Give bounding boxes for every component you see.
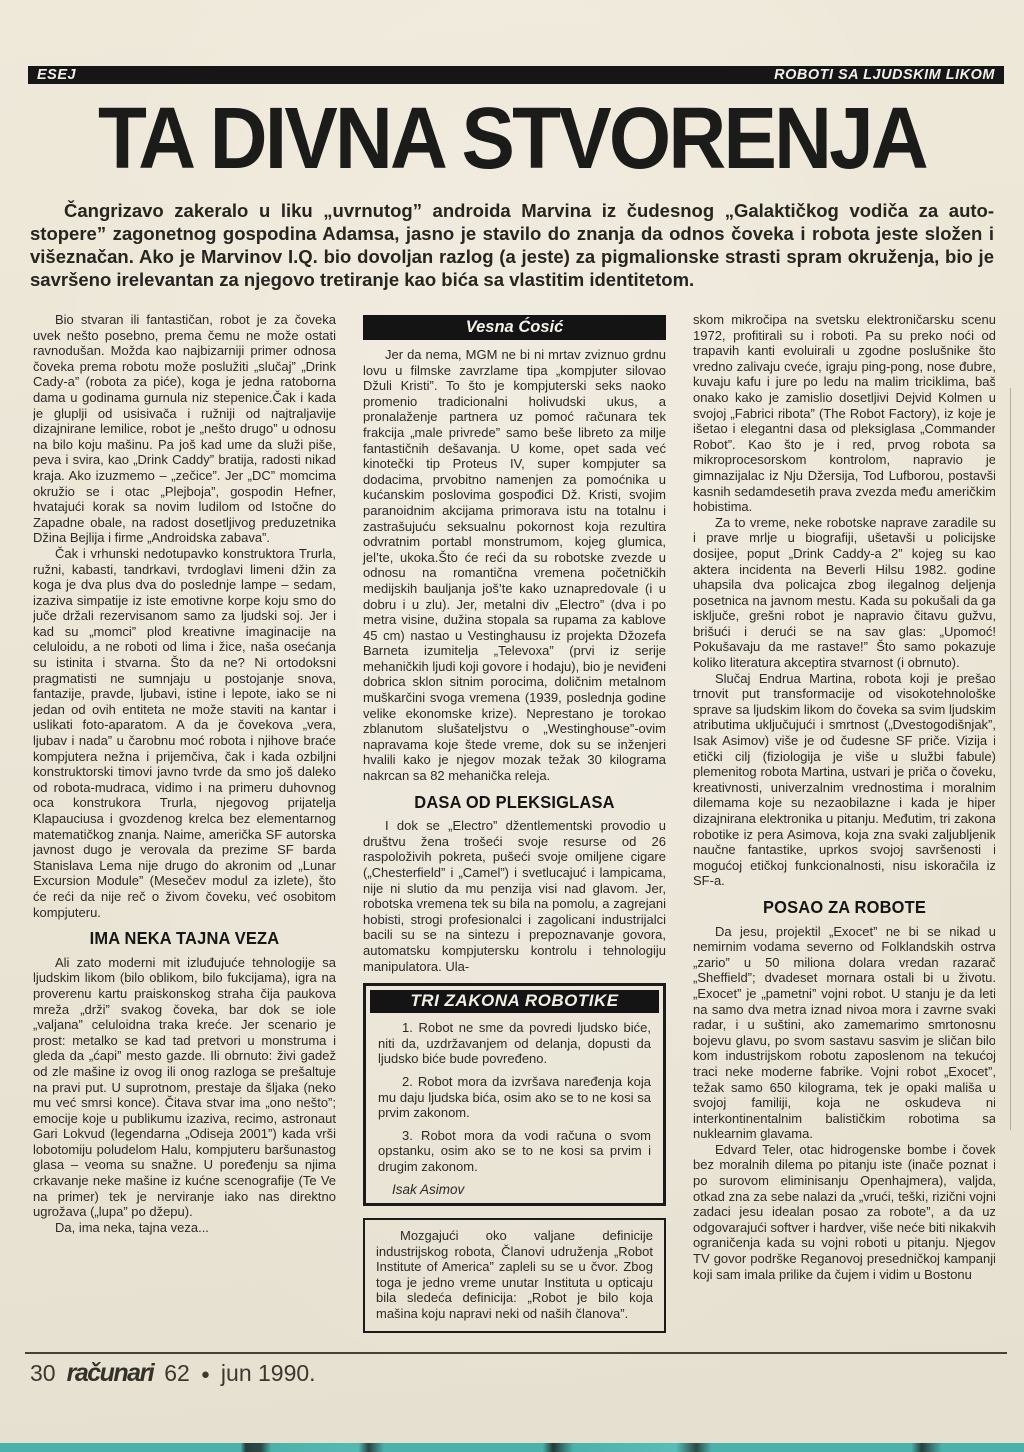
body-paragraph: skom mikročipa na svetsku elektroničarsk… (693, 312, 995, 515)
page-number: 30 (30, 1360, 56, 1387)
subhead-dasa-od-pleksiglasa: DASA OD PLEKSIGLASA (372, 795, 657, 811)
magazine-logo: računari (67, 1359, 154, 1388)
law-item-3: 3. Robot mora da vodi računa o svom opst… (370, 1128, 659, 1175)
magazine-page: ESEJ ROBOTI SA LJUDSKIM LIKOM TA DIVNA S… (0, 0, 1024, 1452)
column-2: Vesna Ćosić Jer da nema, MGM ne bi ni mr… (363, 312, 666, 1352)
kicker-bar: ESEJ ROBOTI SA LJUDSKIM LIKOM (28, 66, 1004, 84)
closing-line: Da, ima neka, tajna veza... (33, 1220, 336, 1236)
page-footer: 30 računari 62 ● jun 1990. (30, 1359, 316, 1388)
laws-box-title: TRI ZAKONA ROBOTIKE (370, 990, 659, 1013)
next-page-edge-strip (0, 1443, 1024, 1452)
body-paragraph: Da jesu, projektil „Exocet” ne bi se nik… (693, 924, 995, 1142)
section-label: ROBOTI SA LJUDSKIM LIKOM (774, 67, 995, 83)
definition-text: Mozgajući oko valjane definicije industr… (376, 1228, 653, 1322)
column-1: Bio stvaran ili fantastičan, robot je za… (33, 312, 336, 1352)
body-paragraph: Ali zato moderni mit izluđujuće tehnolog… (33, 955, 336, 1220)
article-title: TA DIVNA STVORENJA (41, 95, 983, 182)
law-item-2: 2. Robot mora da izvršava naređenja koja… (370, 1074, 659, 1121)
body-paragraph: Jer da nema, MGM ne bi ni mrtav zviznuo … (363, 347, 666, 784)
body-paragraph: Bio stvaran ili fantastičan, robot je za… (33, 312, 336, 546)
body-paragraph: Slučaj Endrua Martina, robota koji je pr… (693, 671, 995, 889)
article-columns: Bio stvaran ili fantastičan, robot je za… (33, 312, 995, 1352)
body-paragraph: Za to vreme, neke robotske naprave zarad… (693, 515, 995, 671)
subhead-ima-neka-tajna-veza: IMA NEKA TAJNA VEZA (42, 931, 327, 947)
subhead-posao-za-robote: POSAO ZA ROBOTE (702, 900, 987, 916)
law-item-1: 1. Robot ne sme da povredi ljudsko biće,… (370, 1020, 659, 1067)
body-paragraph: I dok se „Electro” džentlementski provod… (363, 818, 666, 974)
footer-rule (25, 1352, 1007, 1354)
bullet-separator: ● (201, 1366, 210, 1383)
issue-number: 62 (164, 1360, 190, 1387)
body-paragraph: Edvard Teler, otac hidrogenske bombe i č… (693, 1142, 995, 1282)
three-laws-box: TRI ZAKONA ROBOTIKE 1. Robot ne sme da p… (363, 983, 666, 1206)
body-paragraph: Čak i vrhunski nedotupavko konstruktora … (33, 546, 336, 920)
laws-signature: Isak Asimov (370, 1182, 659, 1198)
column-3: skom mikročipa na svetsku elektroničarsk… (693, 312, 995, 1352)
author-box: Vesna Ćosić (363, 315, 666, 340)
kicker-label: ESEJ (37, 67, 76, 83)
definition-box: Mozgajući oko valjane definicije industr… (363, 1218, 666, 1333)
author-name: Vesna Ćosić (466, 318, 564, 336)
lead-paragraph: Čangrizavo zakeralo u liku „uvrnutog” an… (30, 199, 994, 291)
issue-date: jun 1990. (221, 1360, 316, 1387)
page-edge-artifact (1010, 388, 1012, 1130)
